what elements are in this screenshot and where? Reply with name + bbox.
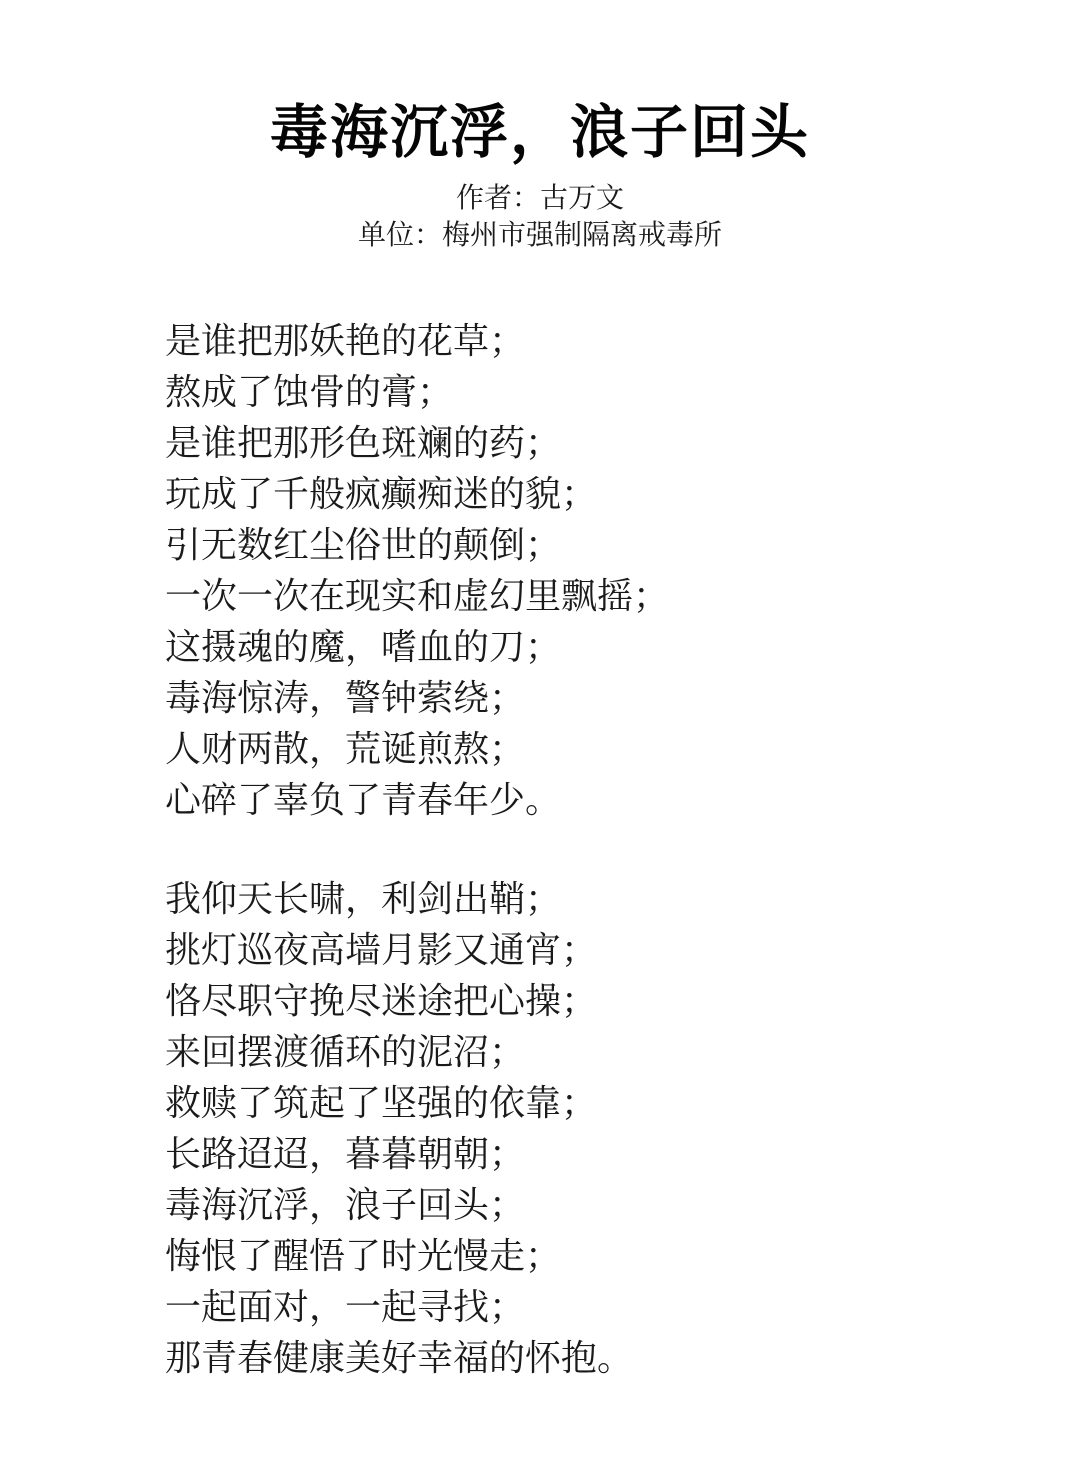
author-line: 作者：古万文 [0,180,1080,217]
poem-line: 悔恨了醒悟了时光慢走； [165,1231,1000,1282]
poem-line: 挑灯巡夜高墙月影又通宵； [165,925,1000,976]
poem-line: 引无数红尘俗世的颠倒； [165,520,1000,571]
poem-line: 是谁把那形色斑斓的药； [165,418,1000,469]
poem-line: 心碎了辜负了青春年少。 [165,775,1000,826]
poem-stanza-2: 我仰天长啸，利剑出鞘； 挑灯巡夜高墙月影又通宵； 恪尽职守挽尽迷途把心操； 来回… [165,874,1000,1384]
poem-line: 长路迢迢，暮暮朝朝； [165,1129,1000,1180]
poem-line: 毒海沉浮，浪子回头； [165,1180,1000,1231]
poem-line: 来回摆渡循环的泥沼； [165,1027,1000,1078]
byline-block: 作者：古万文 单位：梅州市强制隔离戒毒所 [0,180,1080,254]
poem-line: 毒海惊涛，警钟萦绕； [165,673,1000,724]
poem-line: 这摄魂的魔，嗜血的刀； [165,622,1000,673]
poem-line: 那青春健康美好幸福的怀抱。 [165,1333,1000,1384]
document-page: 毒海沉浮，浪子回头 作者：古万文 单位：梅州市强制隔离戒毒所 是谁把那妖艳的花草… [0,0,1080,1478]
poem-line: 熬成了蚀骨的膏； [165,367,1000,418]
poem-line: 救赎了筑起了坚强的依靠； [165,1078,1000,1129]
poem-stanza-1: 是谁把那妖艳的花草； 熬成了蚀骨的膏； 是谁把那形色斑斓的药； 玩成了千般疯癫痴… [165,316,1000,826]
poem-line: 一起面对，一起寻找； [165,1282,1000,1333]
poem-line: 人财两散，荒诞煎熬； [165,724,1000,775]
poem-line: 我仰天长啸，利剑出鞘； [165,874,1000,925]
page-title: 毒海沉浮，浪子回头 [0,98,1080,168]
unit-line: 单位：梅州市强制隔离戒毒所 [0,217,1080,254]
poem-line: 是谁把那妖艳的花草； [165,316,1000,367]
poem-line: 恪尽职守挽尽迷途把心操； [165,976,1000,1027]
poem-line: 一次一次在现实和虚幻里飘摇； [165,571,1000,622]
poem-line: 玩成了千般疯癫痴迷的貌； [165,469,1000,520]
